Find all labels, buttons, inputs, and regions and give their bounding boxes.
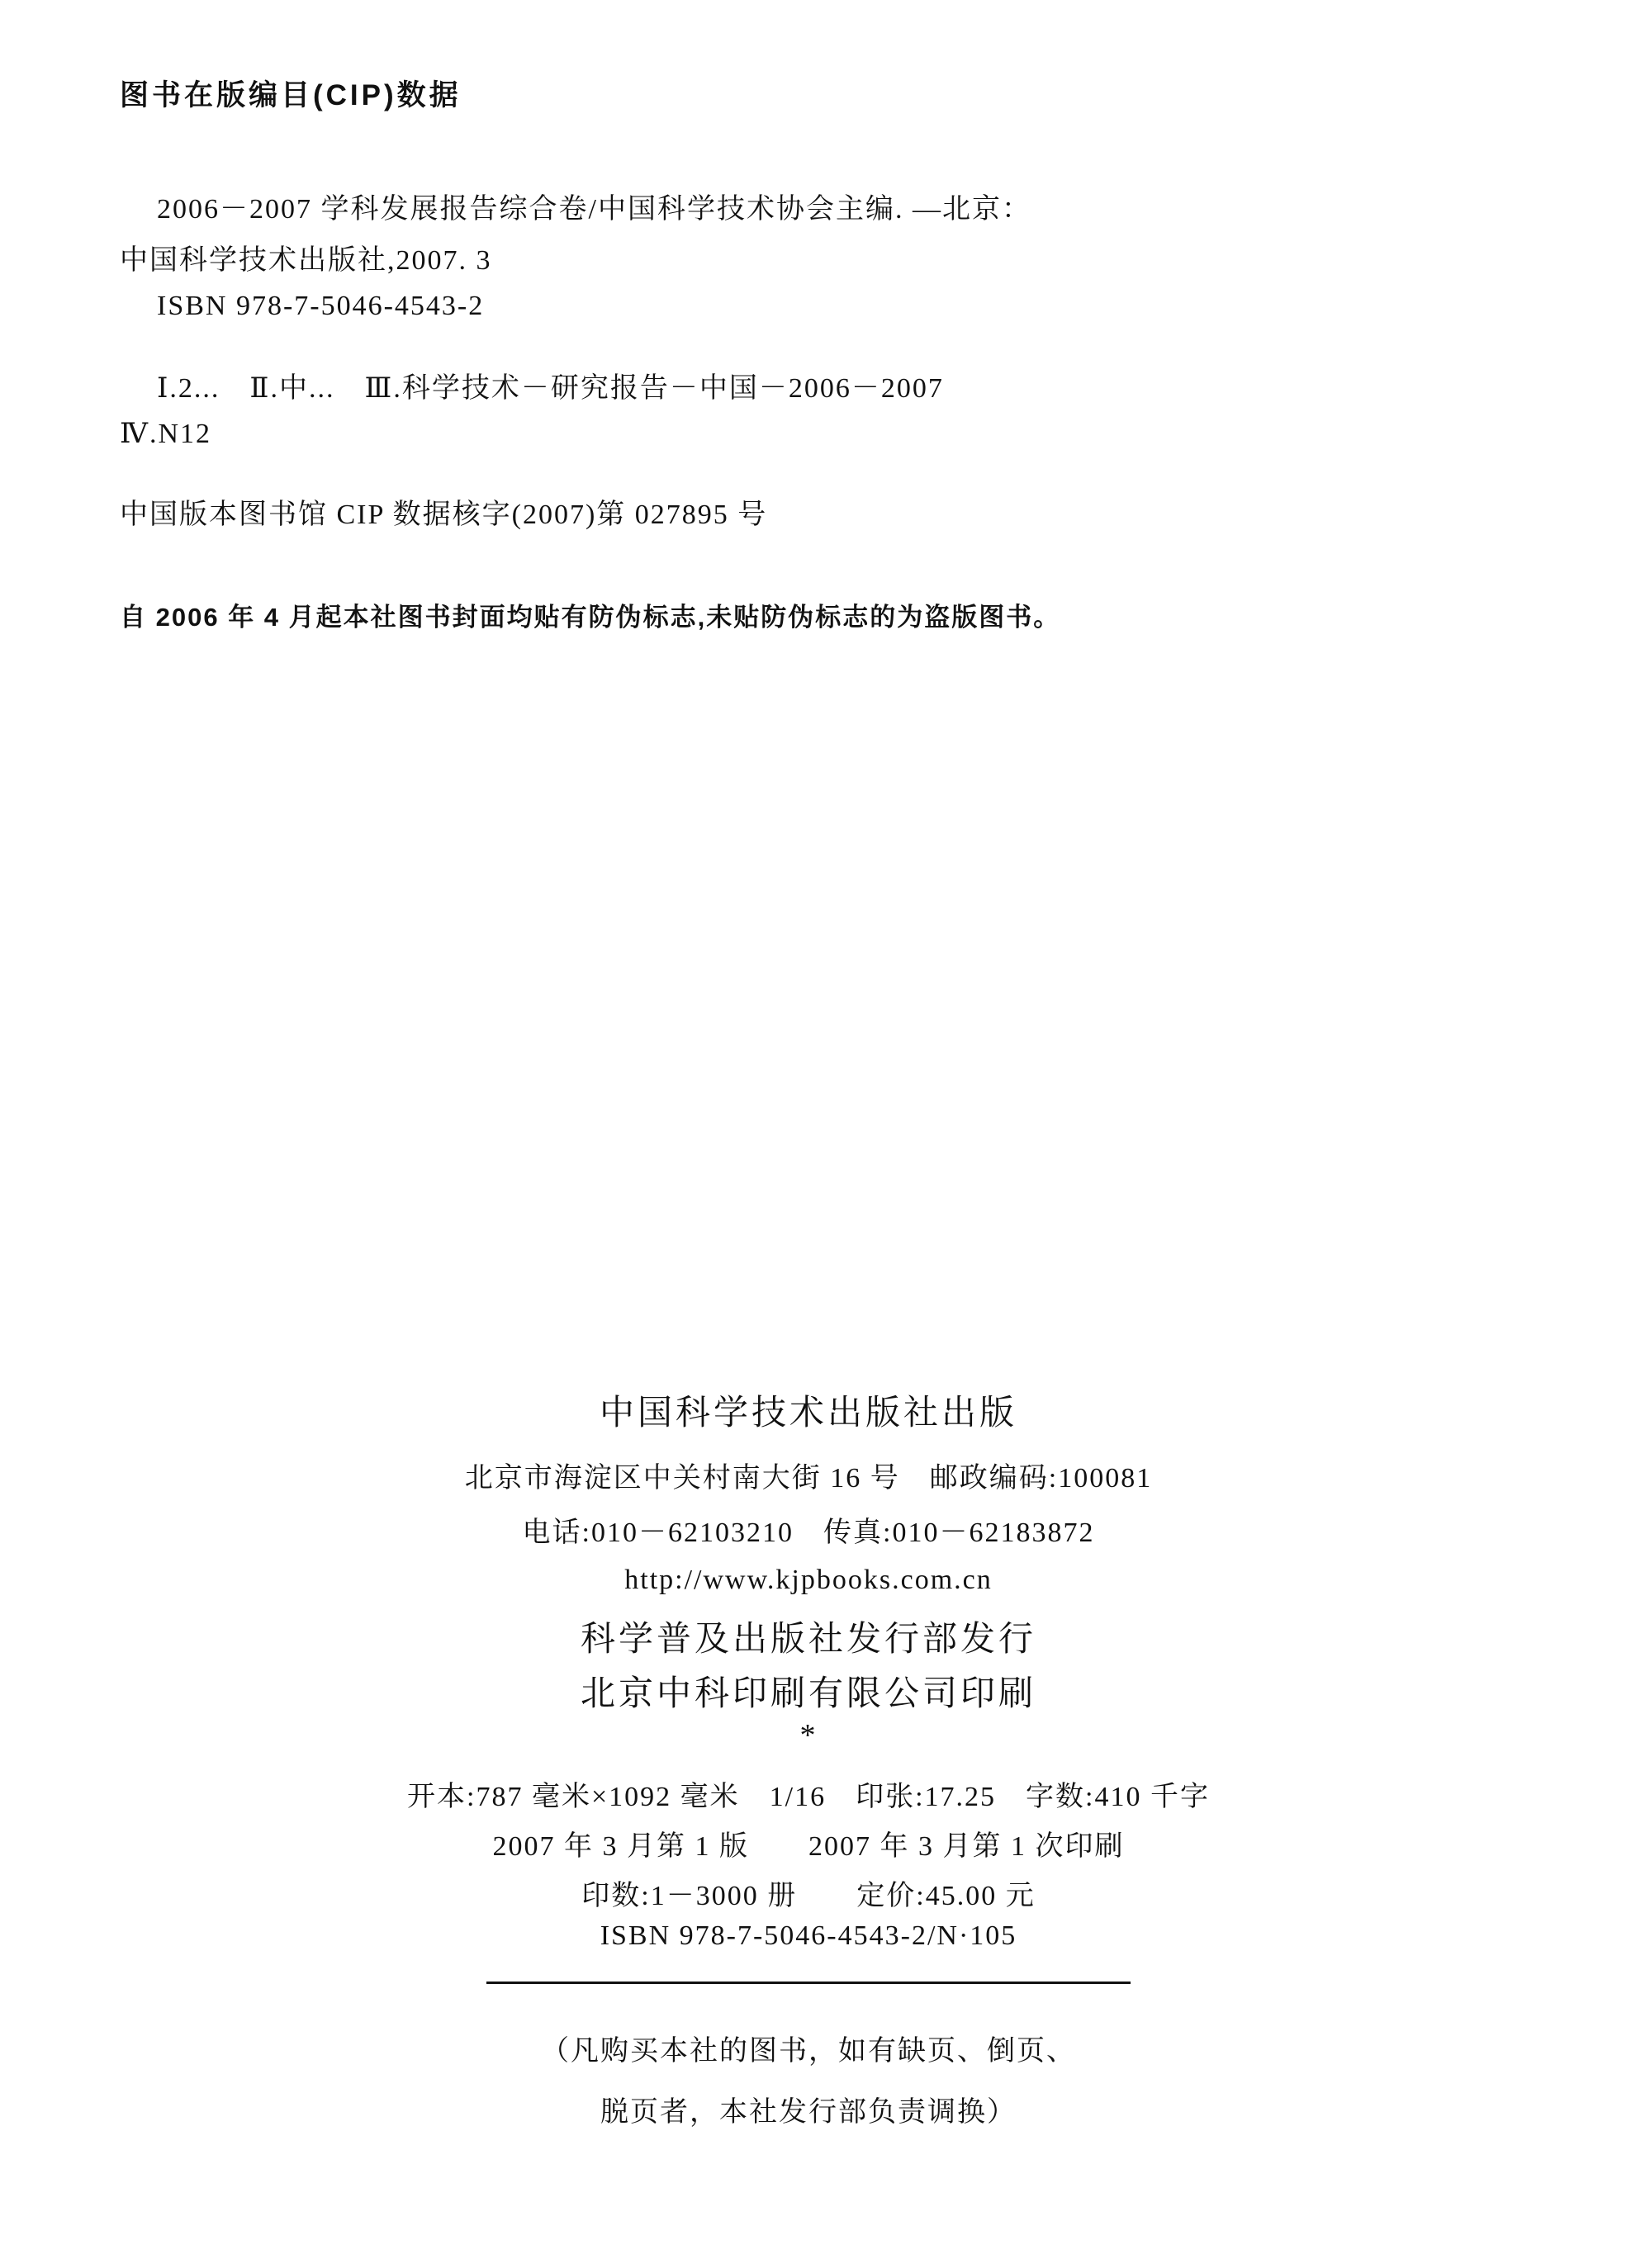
return-policy-line1: （凡购买本社的图书，如有缺页、倒页、 (0, 2028, 1617, 2068)
publisher-phone-fax: 电话:010－62103210 传真:010－62183872 (0, 1509, 1617, 1550)
cip-classification-line1: Ⅰ.2... Ⅱ.中... Ⅲ.科学技术－研究报告－中国－2006－2007 (157, 365, 944, 405)
edition-line: 2007 年 3 月第 1 版 2007 年 3 月第 1 次印刷 (0, 1823, 1617, 1863)
format-line: 开本:787 毫米×1092 毫米 1/16 印张:17.25 字数:410 千… (0, 1773, 1617, 1814)
isbn-line: ISBN 978-7-5046-4543-2/N·105 (0, 1920, 1617, 1952)
cip-header: 图书在版编目(CIP)数据 (120, 73, 462, 114)
separator-star: * (0, 1717, 1617, 1754)
print-run-price-line: 印数:1－3000 册 定价:45.00 元 (0, 1873, 1617, 1913)
cip-isbn: ISBN 978-7-5046-4543-2 (157, 291, 484, 322)
publisher-website: http://www.kjpbooks.com.cn (0, 1565, 1617, 1596)
copyright-page: 图书在版编目(CIP)数据 2006－2007 学科发展报告综合卷/中国科学技术… (0, 0, 1650, 2268)
cip-publisher-line: 中国科学技术出版社,2007. 3 (120, 237, 492, 277)
cip-classification-line2: Ⅳ.N12 (120, 417, 211, 450)
return-policy-line2: 脱页者，本社发行部负责调换） (0, 2089, 1617, 2129)
cip-record-number: 中国版本图书馆 CIP 数据核字(2007)第 027895 号 (120, 491, 767, 532)
publisher-address: 北京市海淀区中关村南大街 16 号 邮政编码:100081 (0, 1455, 1617, 1495)
divider-rule (486, 1982, 1131, 1984)
publisher-name: 中国科学技术出版社出版 (0, 1385, 1617, 1435)
printer: 北京中科印刷有限公司印刷 (0, 1666, 1617, 1716)
distributor: 科学普及出版社发行部发行 (0, 1612, 1617, 1661)
anti-piracy-notice: 自 2006 年 4 月起本社图书封面均贴有防伪标志,未贴防伪标志的为盗版图书。 (120, 596, 1060, 633)
cip-title-line: 2006－2007 学科发展报告综合卷/中国科学技术协会主编. —北京： (157, 186, 1031, 226)
